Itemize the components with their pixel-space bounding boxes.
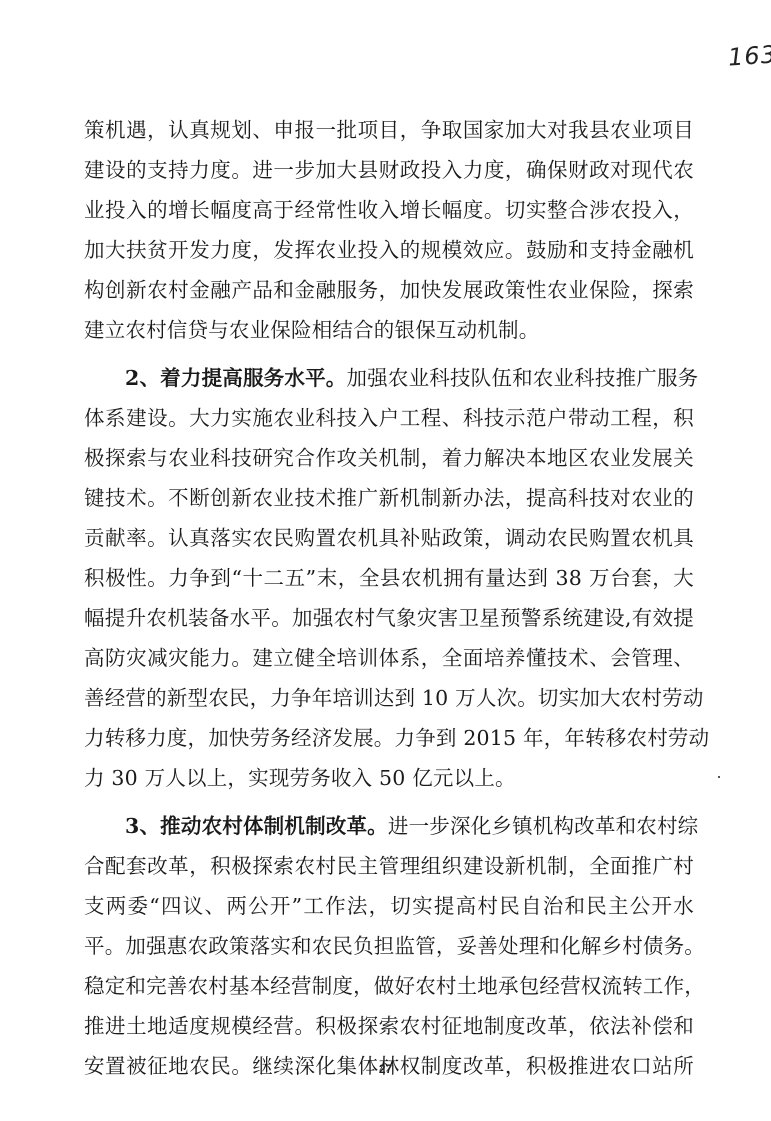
text-line: 合配套改革，积极探索农村民主管理组织建设新机制，全面推广村 <box>84 846 694 886</box>
text-line: 策机遇，认真规划、申报一批项目，争取国家加大对我县农业项目 <box>84 110 694 150</box>
scan-speck <box>718 776 720 778</box>
text-line: 积极性。力争到“十二五”末，全县农机拥有量达到 38 万台套，大 <box>84 558 694 598</box>
text-line: 支两委“四议、两公开”工作法，切实提高村民自治和民主公开水 <box>84 886 694 926</box>
text-line: 贡献率。认真落实农民购置农机具补贴政策，调动农民购置农机具 <box>84 518 694 558</box>
text-line: 业投入的增长幅度高于经常性收入增长幅度。切实整合涉农投入， <box>84 190 694 230</box>
text-line: 极探索与农业科技研究合作攻关机制，着力解决本地区农业发展关 <box>84 438 694 478</box>
paragraph-2: 2、着力提高服务水平。加强农业科技队伍和农业科技推广服务 体系建设。大力实施农业… <box>84 358 694 798</box>
text-line: 推进土地适度规模经营。积极探索农村征地制度改革，依法补偿和 <box>84 1006 694 1046</box>
text-line: 2、着力提高服务水平。加强农业科技队伍和农业科技推广服务 <box>84 358 694 398</box>
text-line: 幅提升农机装备水平。加强农村气象灾害卫星预警系统建设,有效提 <box>84 598 694 638</box>
handwritten-page-annotation: 163 <box>727 40 771 71</box>
text-line: 3、推动农村体制机制改革。进一步深化乡镇机构改革和农村综 <box>84 806 694 846</box>
text-line: 高防灾减灾能力。建立健全培训体系，全面培养懂技术、会管理、 <box>84 638 694 678</box>
section-heading: 3、推动农村体制机制改革。 <box>125 814 388 838</box>
page-number: 27 <box>0 1062 771 1076</box>
text-line: 加大扶贫开发力度，发挥农业投入的规模效应。鼓励和支持金融机 <box>84 230 694 270</box>
text-line: 力转移力度，加快劳务经济发展。力争到 2015 年，年转移农村劳动 <box>84 718 694 758</box>
text-line: 建设的支持力度。进一步加大县财政投入力度，确保财政对现代农 <box>84 150 694 190</box>
text-line: 键技术。不断创新农业技术推广新机制新办法，提高科技对农业的 <box>84 478 694 518</box>
document-body: 策机遇，认真规划、申报一批项目，争取国家加大对我县农业项目 建设的支持力度。进一… <box>84 110 694 1086</box>
text-run: 进一步深化乡镇机构改革和农村综 <box>388 814 699 838</box>
paragraph-1: 策机遇，认真规划、申报一批项目，争取国家加大对我县农业项目 建设的支持力度。进一… <box>84 110 694 350</box>
text-line: 稳定和完善农村基本经营制度，做好农村土地承包经营权流转工作， <box>84 966 694 1006</box>
text-line: 构创新农村金融产品和金融服务，加快发展政策性农业保险，探索 <box>84 270 694 310</box>
text-line: 平。加强惠农政策落实和农民负担监管，妥善处理和化解乡村债务。 <box>84 926 694 966</box>
text-line: 力 30 万人以上，实现劳务收入 50 亿元以上。 <box>84 758 694 798</box>
text-line: 建立农村信贷与农业保险相结合的银保互动机制。 <box>84 310 694 350</box>
section-heading: 2、着力提高服务水平。 <box>125 366 346 390</box>
text-run: 加强农业科技队伍和农业科技推广服务 <box>346 366 698 390</box>
text-line: 善经营的新型农民，力争年培训达到 10 万人次。切实加大农村劳动 <box>84 678 694 718</box>
paragraph-3: 3、推动农村体制机制改革。进一步深化乡镇机构改革和农村综 合配套改革，积极探索农… <box>84 806 694 1086</box>
text-line: 体系建设。大力实施农业科技入户工程、科技示范户带动工程，积 <box>84 398 694 438</box>
